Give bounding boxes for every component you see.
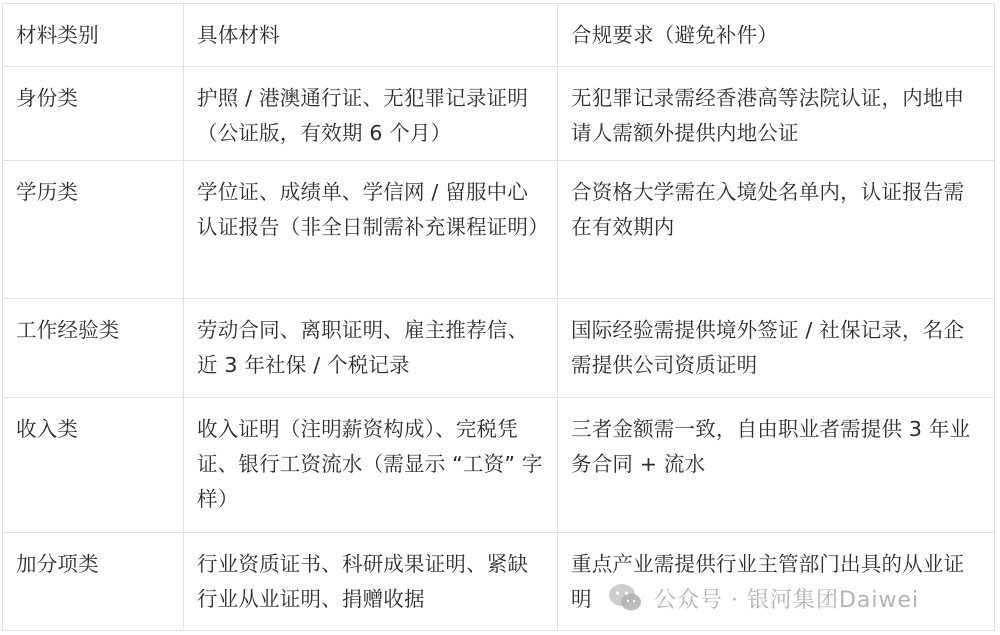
row-category: 工作经验类 [3,299,184,398]
header-requirements: 合规要求（避免补件） [558,4,995,67]
table-row: 学历类 学位证、成绩单、学信网 / 留服中心认证报告（非全日制需补充课程证明） … [3,161,995,299]
row-requirements: 三者金额需一致，自由职业者需提供 3 年业务合同 + 流水 [558,398,995,533]
row-materials: 学位证、成绩单、学信网 / 留服中心认证报告（非全日制需补充课程证明） [184,161,558,299]
header-materials: 具体材料 [184,4,558,67]
table-row: 收入类 收入证明（注明薪资构成）、完税凭证、银行工资流水（需显示 “工资” 字样… [3,398,995,533]
table-header-row: 材料类别 具体材料 合规要求（避免补件） [3,4,995,67]
row-category: 收入类 [3,398,184,533]
header-category: 材料类别 [3,4,184,67]
row-materials: 劳动合同、离职证明、雇主推荐信、近 3 年社保 / 个税记录 [184,299,558,398]
row-requirements: 重点产业需提供行业主管部门出具的从业证明 [558,533,995,631]
row-materials: 收入证明（注明薪资构成）、完税凭证、银行工资流水（需显示 “工资” 字样） [184,398,558,533]
table-row: 身份类 护照 / 港澳通行证、无犯罪记录证明（公证版，有效期 6 个月） 无犯罪… [3,67,995,161]
row-requirements: 合资格大学需在入境处名单内，认证报告需在有效期内 [558,161,995,299]
row-category: 学历类 [3,161,184,299]
table-row: 加分项类 行业资质证书、科研成果证明、紧缺行业从业证明、捐赠收据 重点产业需提供… [3,533,995,631]
row-category: 加分项类 [3,533,184,631]
table-row: 工作经验类 劳动合同、离职证明、雇主推荐信、近 3 年社保 / 个税记录 国际经… [3,299,995,398]
row-requirements: 无犯罪记录需经香港高等法院认证，内地申请人需额外提供内地公证 [558,67,995,161]
row-requirements: 国际经验需提供境外签证 / 社保记录，名企需提供公司资质证明 [558,299,995,398]
row-materials: 护照 / 港澳通行证、无犯罪记录证明（公证版，有效期 6 个月） [184,67,558,161]
row-materials: 行业资质证书、科研成果证明、紧缺行业从业证明、捐赠收据 [184,533,558,631]
materials-table: 材料类别 具体材料 合规要求（避免补件） 身份类 护照 / 港澳通行证、无犯罪记… [2,3,995,631]
row-category: 身份类 [3,67,184,161]
